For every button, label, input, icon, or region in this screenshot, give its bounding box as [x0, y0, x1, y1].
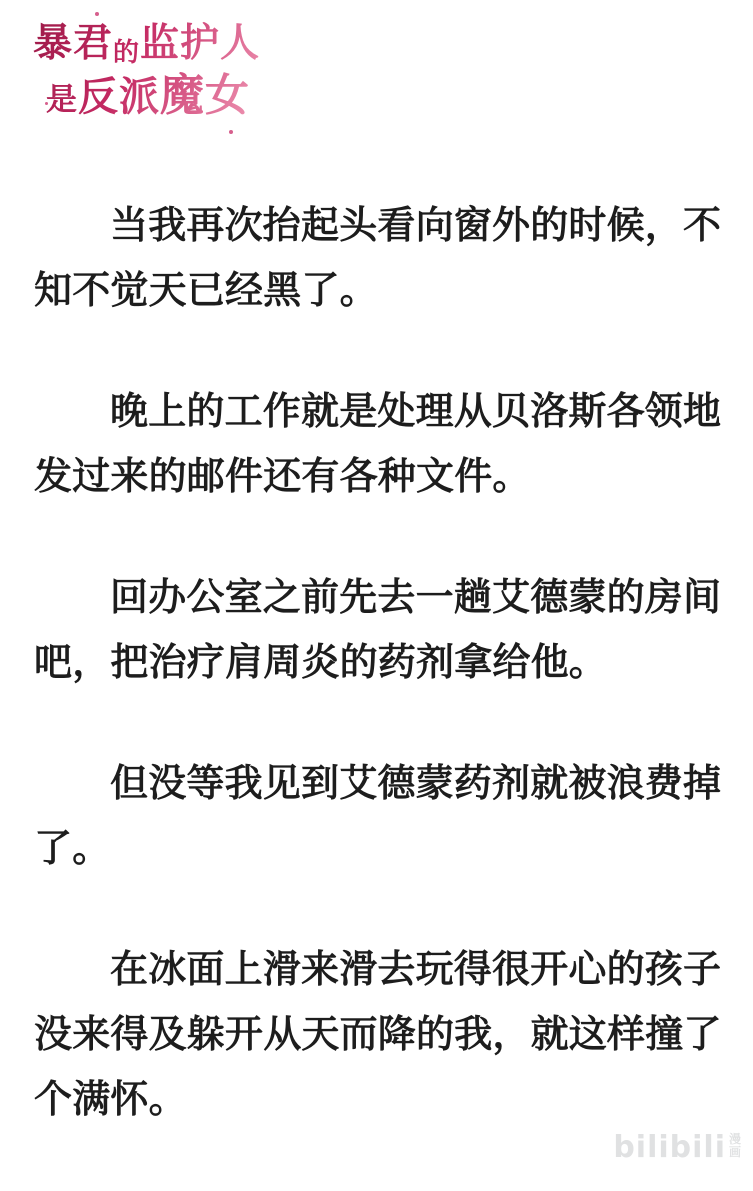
bilibili-wordmark: bilibili: [613, 1131, 726, 1165]
logo-line-2: 是 反派 魔女: [33, 74, 260, 118]
sparkle-dot-icon: [229, 130, 233, 134]
paragraph: 在冰面上滑来滑去玩得很开心的孩子没来得及躲开从天而降的我，就这样撞了个满怀。: [34, 938, 724, 1133]
manga-suffix-label: 漫 画: [729, 1133, 741, 1159]
series-title-logo: 暴君 的 监护人 是 反派 魔女: [33, 18, 260, 118]
logo-text-part: 是: [46, 85, 78, 116]
logo-text-part: 暴君: [33, 18, 113, 63]
logo-text-part: 反派: [78, 77, 160, 117]
sparkle-dot-icon: [95, 12, 99, 16]
paragraph: 但没等我见到艾德蒙药剂就被浪费掉了。: [34, 752, 724, 882]
logo-text-part: 监护人: [140, 18, 260, 63]
bilibili-manga-watermark: bilibili 漫 画: [613, 1131, 741, 1165]
paragraph: 晚上的工作就是处理从贝洛斯各领地发过来的邮件还有各种文件。: [34, 380, 724, 510]
logo-text-part: 的: [113, 18, 140, 66]
manga-suffix-bottom: 画: [729, 1146, 741, 1159]
sparkle-dot-icon: [181, 84, 184, 87]
paragraph: 当我再次抬起头看向窗外的时候，不知不觉天已经黑了。: [34, 194, 724, 324]
logo-text-part: 魔女: [160, 74, 250, 118]
sparkle-dot-icon: [45, 102, 48, 105]
logo-line-1: 暴君 的 监护人: [33, 18, 260, 76]
manga-text-page: { "page": { "background": "#ffffff", "te…: [0, 0, 753, 1191]
narration-text-block: 当我再次抬起头看向窗外的时候，不知不觉天已经黑了。 晚上的工作就是处理从贝洛斯各…: [34, 194, 724, 1189]
paragraph: 回办公室之前先去一趟艾德蒙的房间吧，把治疗肩周炎的药剂拿给他。: [34, 566, 724, 696]
